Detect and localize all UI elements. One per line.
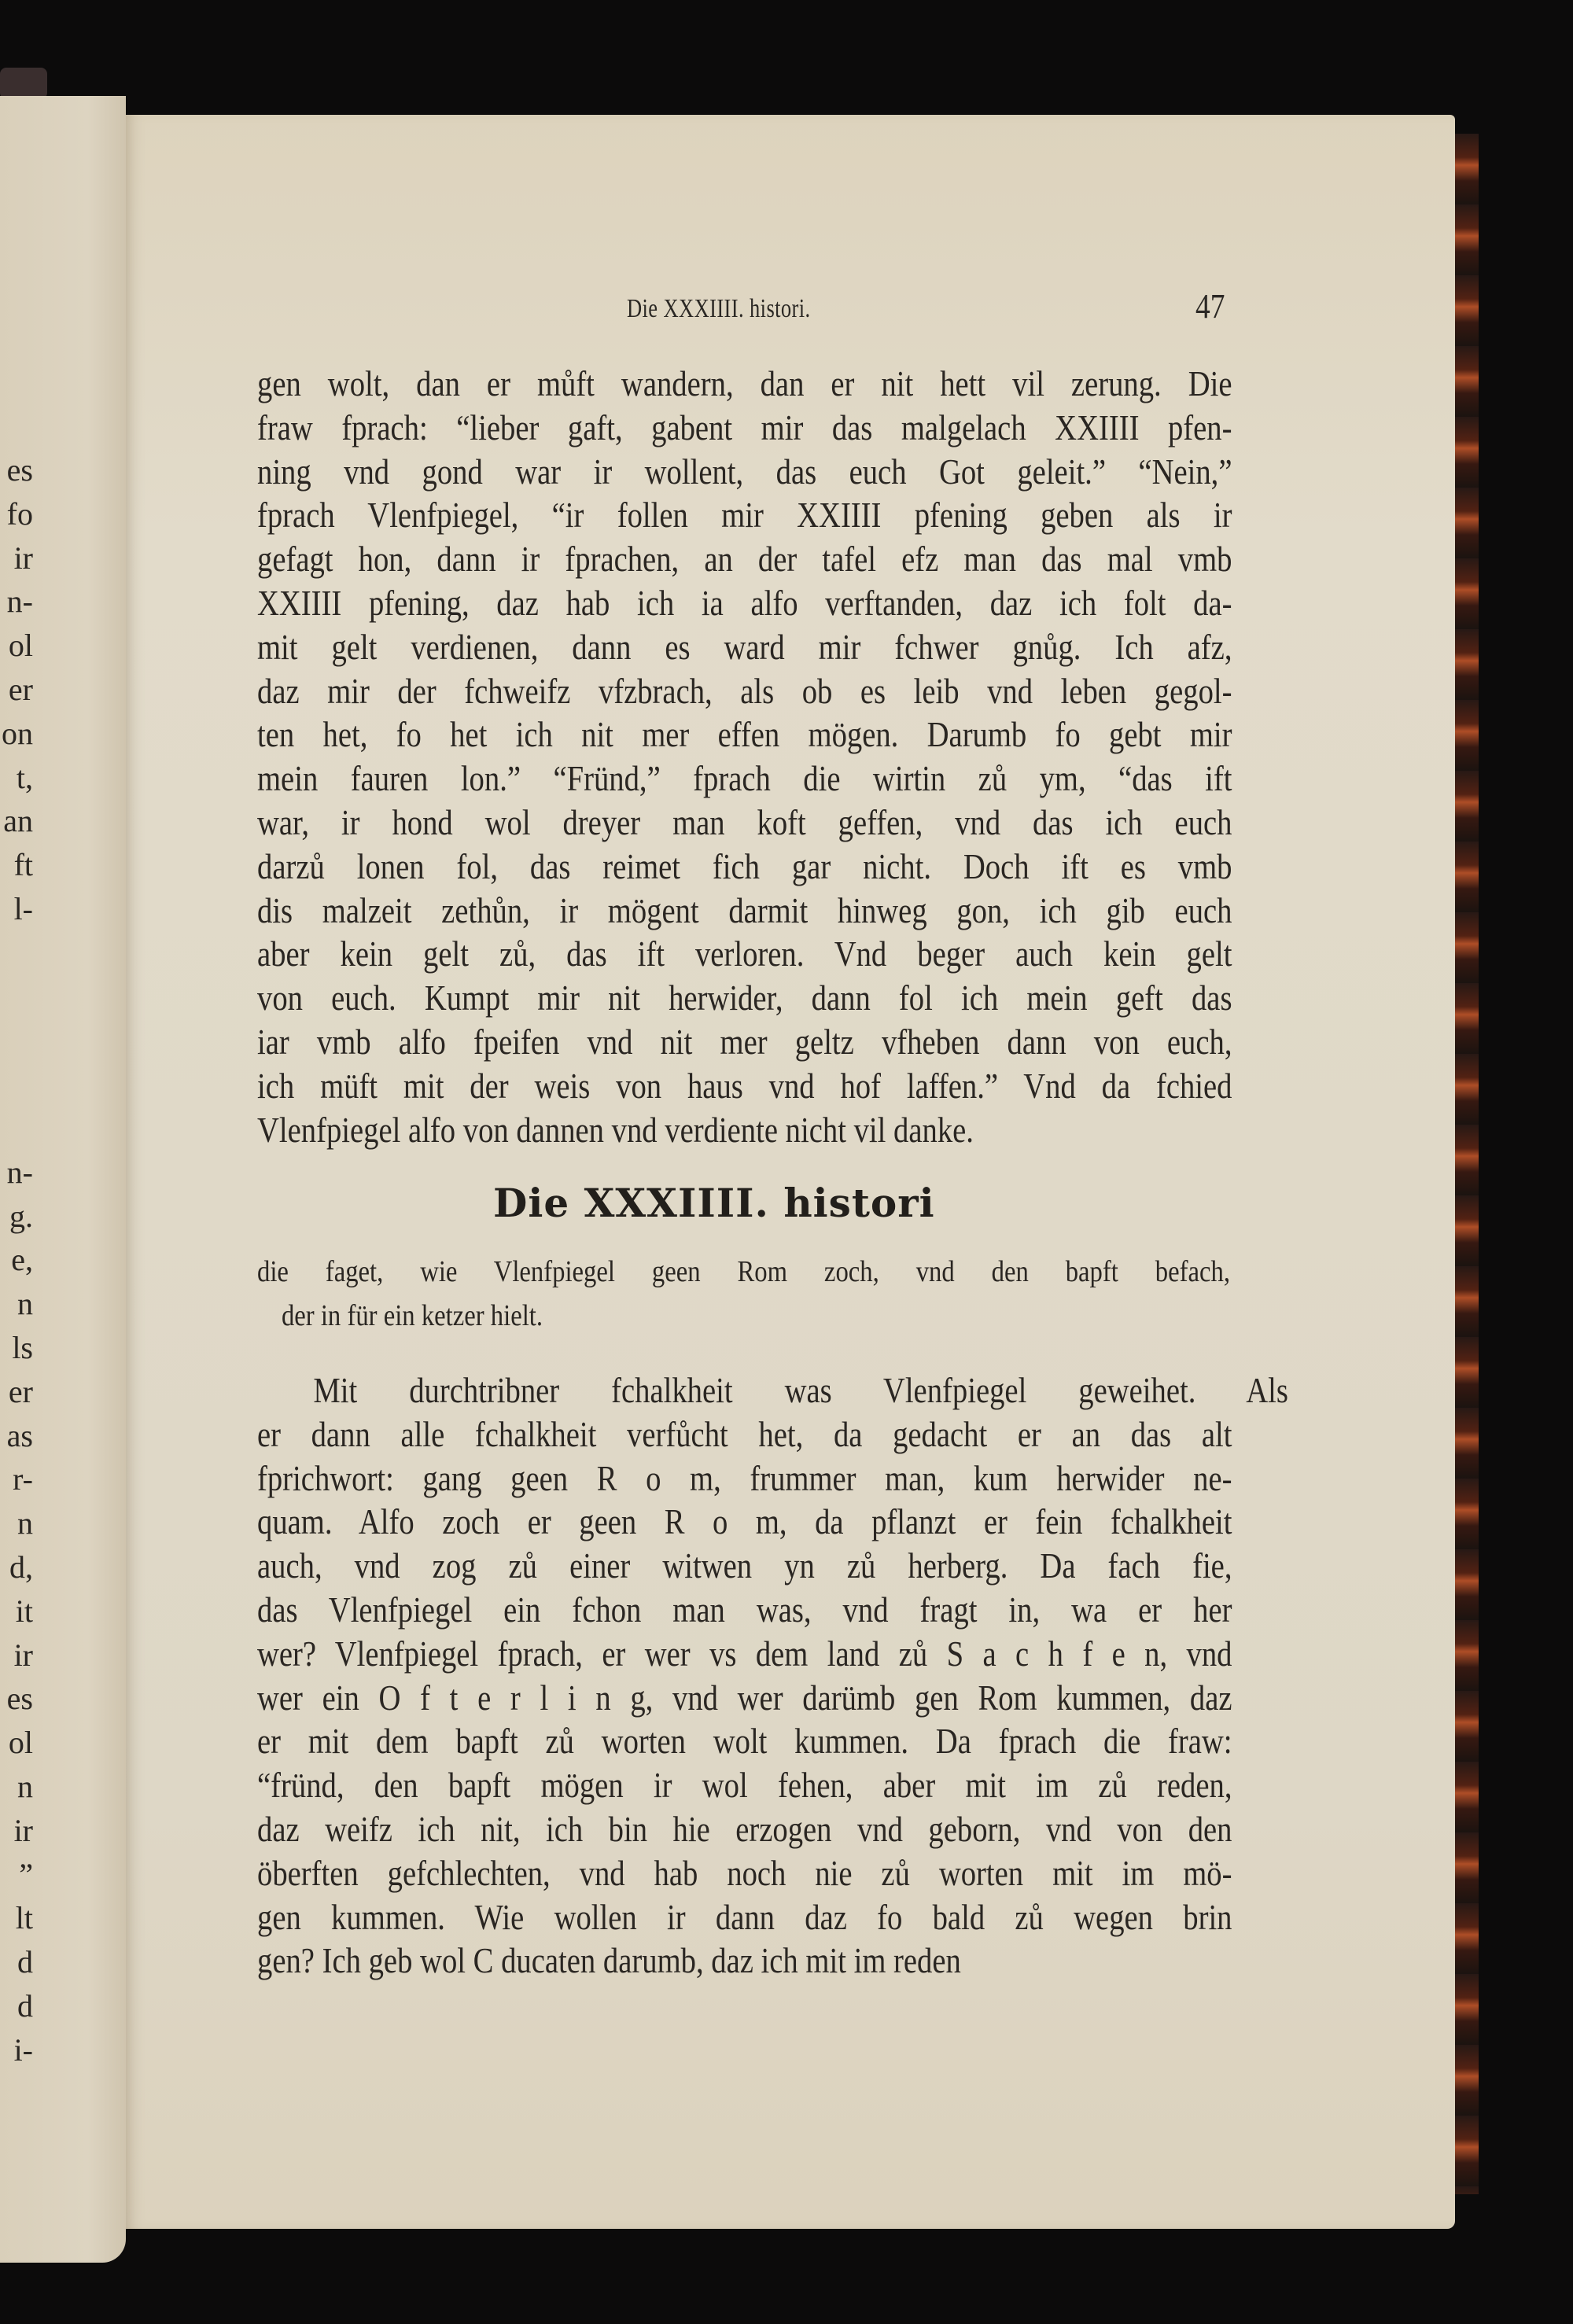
text-line: wer ein O f t e r l i n g, vnd wer darüm… [257,1676,1232,1720]
left-page-fragment [2,975,33,1019]
left-page-fragment: d [2,1940,33,1984]
right-page: Die XXXIIII. histori. 47 gen wolt, dan e… [126,115,1455,2229]
left-page-fragment: ir [2,1809,33,1853]
chapter-summary: die faget, wie Vlenfpiegel geen Rom zoch… [257,1250,1232,1339]
left-page-fragment: er [2,1370,33,1414]
left-page-fragment [2,931,33,975]
left-page-fragment: ol [2,1721,33,1765]
text-line: er dann alle fchalkheit verfůcht het, da… [257,1412,1232,1457]
left-page-fragment: n [2,1765,33,1809]
page-number: 47 [1195,286,1225,326]
text-line: dis malzeit zethůn, ir mögent darmit hin… [257,889,1232,933]
left-page-fragment: n [2,1282,33,1326]
text-line: das Vlenfpiegel ein fchon man was, vnd f… [257,1588,1232,1632]
left-page-fragment: n- [2,1151,33,1195]
text-line: ich müft mit der weis von haus vnd hof l… [257,1064,1232,1108]
text-line: fprichwort: gang geen R o m, frummer man… [257,1457,1232,1501]
left-page-fragment: ls [2,1326,33,1370]
text-line: die faget, wie Vlenfpiegel geen Rom zoch… [257,1250,1230,1295]
text-line: war, ir hond wol dreyer man koft geffen,… [257,801,1232,845]
text-line: fprach Vlenfpiegel, “ir follen mir XXIII… [257,493,1232,537]
left-page-fragment: g. [2,1195,33,1239]
left-page-fragment [2,1018,33,1063]
text-line: mit gelt verdienen, dann es ward mir fch… [257,625,1232,669]
left-page-fragment: ir [2,1633,33,1678]
left-page-fragment: es [2,448,33,492]
left-page-fragment: ft [2,843,33,887]
left-page-fragment [2,1063,33,1107]
left-page-fragment: d, [2,1545,33,1589]
left-page-fragment: it [2,1589,33,1633]
text-line: öberften gefchlechten, vnd hab noch nie … [257,1851,1232,1895]
text-line: XXIIII pfening, daz hab ich ia alfo verf… [257,581,1232,625]
book-cover-edge [0,68,47,99]
left-page-text-fragments: esfoirn-oleront,anftl-n-g.e,nlserasr-nd,… [2,448,33,2072]
text-line: iar vmb alfo fpeifen vnd nit mer geltz v… [257,1020,1232,1064]
left-page-fragment: e, [2,1238,33,1282]
left-page-fragment: l- [2,887,33,931]
left-page-fragment: ol [2,624,33,668]
left-page-fragment: r- [2,1457,33,1501]
left-page-fragment: on [2,712,33,756]
running-head: Die XXXIIII. histori. [627,294,1240,324]
left-page-fragment: ir [2,536,33,580]
left-page-fragment: an [2,799,33,843]
left-page-fragment: fo [2,492,33,536]
left-page-fragment: i- [2,2028,33,2072]
text-line: ten het, fo het ich nit mer effen mögen.… [257,713,1232,757]
text-line: gen? Ich geb wol C ducaten darumb, daz i… [257,1939,1232,1983]
book-binding-edge [1455,134,1479,2194]
left-page-fragment: n- [2,580,33,624]
left-page-fragment: lt [2,1896,33,1940]
chapter-title: Die XXXIIII. histori [493,1180,935,1226]
left-page-fragment: er [2,668,33,712]
text-line: daz weifz ich nit, ich bin hie erzogen v… [257,1807,1232,1851]
text-line: Vlenfpiegel alfo von dannen vnd verdient… [257,1108,1232,1152]
text-line: daz mir der fchweifz vfzbrach, als ob es… [257,669,1232,713]
left-page-fragment [2,1107,33,1151]
left-page-fragment: as [2,1414,33,1458]
paragraph-1: gen wolt, dan er můft wandern, dan er ni… [257,362,1232,1151]
paragraph-2: Mit durchtribner fchalkheit was Vlenfpie… [257,1368,1232,1983]
text-line: er mit dem bapft zů worten wolt kummen. … [257,1719,1232,1763]
text-line: ning vnd gond war ir wollent, das euch G… [257,450,1232,494]
text-line: quam. Alfo zoch er geen R o m, da pflanz… [257,1500,1232,1544]
text-line: auch, vnd zog zů einer witwen yn zů herb… [257,1544,1232,1588]
text-line: wer? Vlenfpiegel fprach, er wer vs dem l… [257,1632,1232,1676]
text-line: Mit durchtribner fchalkheit was Vlenfpie… [257,1368,1288,1412]
text-line: gen wolt, dan er můft wandern, dan er ni… [257,362,1232,406]
text-line: von euch. Kumpt mir nit herwider, dann f… [257,976,1232,1020]
text-line: gen kummen. Wie wollen ir dann daz fo ba… [257,1895,1232,1939]
left-page-fragment: t, [2,756,33,800]
text-line: “fründ, den bapft mögen ir wol fehen, ab… [257,1763,1232,1807]
text-line: mein fauren lon.” “Fründ,” fprach die wi… [257,757,1232,801]
text-line: gefagt hon, dann ir fprachen, an der taf… [257,537,1232,581]
left-page-fragment: es [2,1677,33,1721]
text-line: fraw fprach: “lieber gaft, gabent mir da… [257,406,1232,450]
text-line: aber kein gelt zů, das ift verloren. Vnd… [257,932,1232,976]
left-page-fragment: n [2,1501,33,1545]
left-page: esfoirn-oleront,anftl-n-g.e,nlserasr-nd,… [0,96,126,2263]
left-page-fragment: d [2,1984,33,2028]
text-line: der in für ein ketzer hielt. [257,1295,1254,1339]
text-line: darzů lonen fol, das reimet fich gar nic… [257,845,1232,889]
left-page-fragment: ” [2,1853,33,1897]
body-text: gen wolt, dan er můft wandern, dan er ni… [257,362,1232,1151]
